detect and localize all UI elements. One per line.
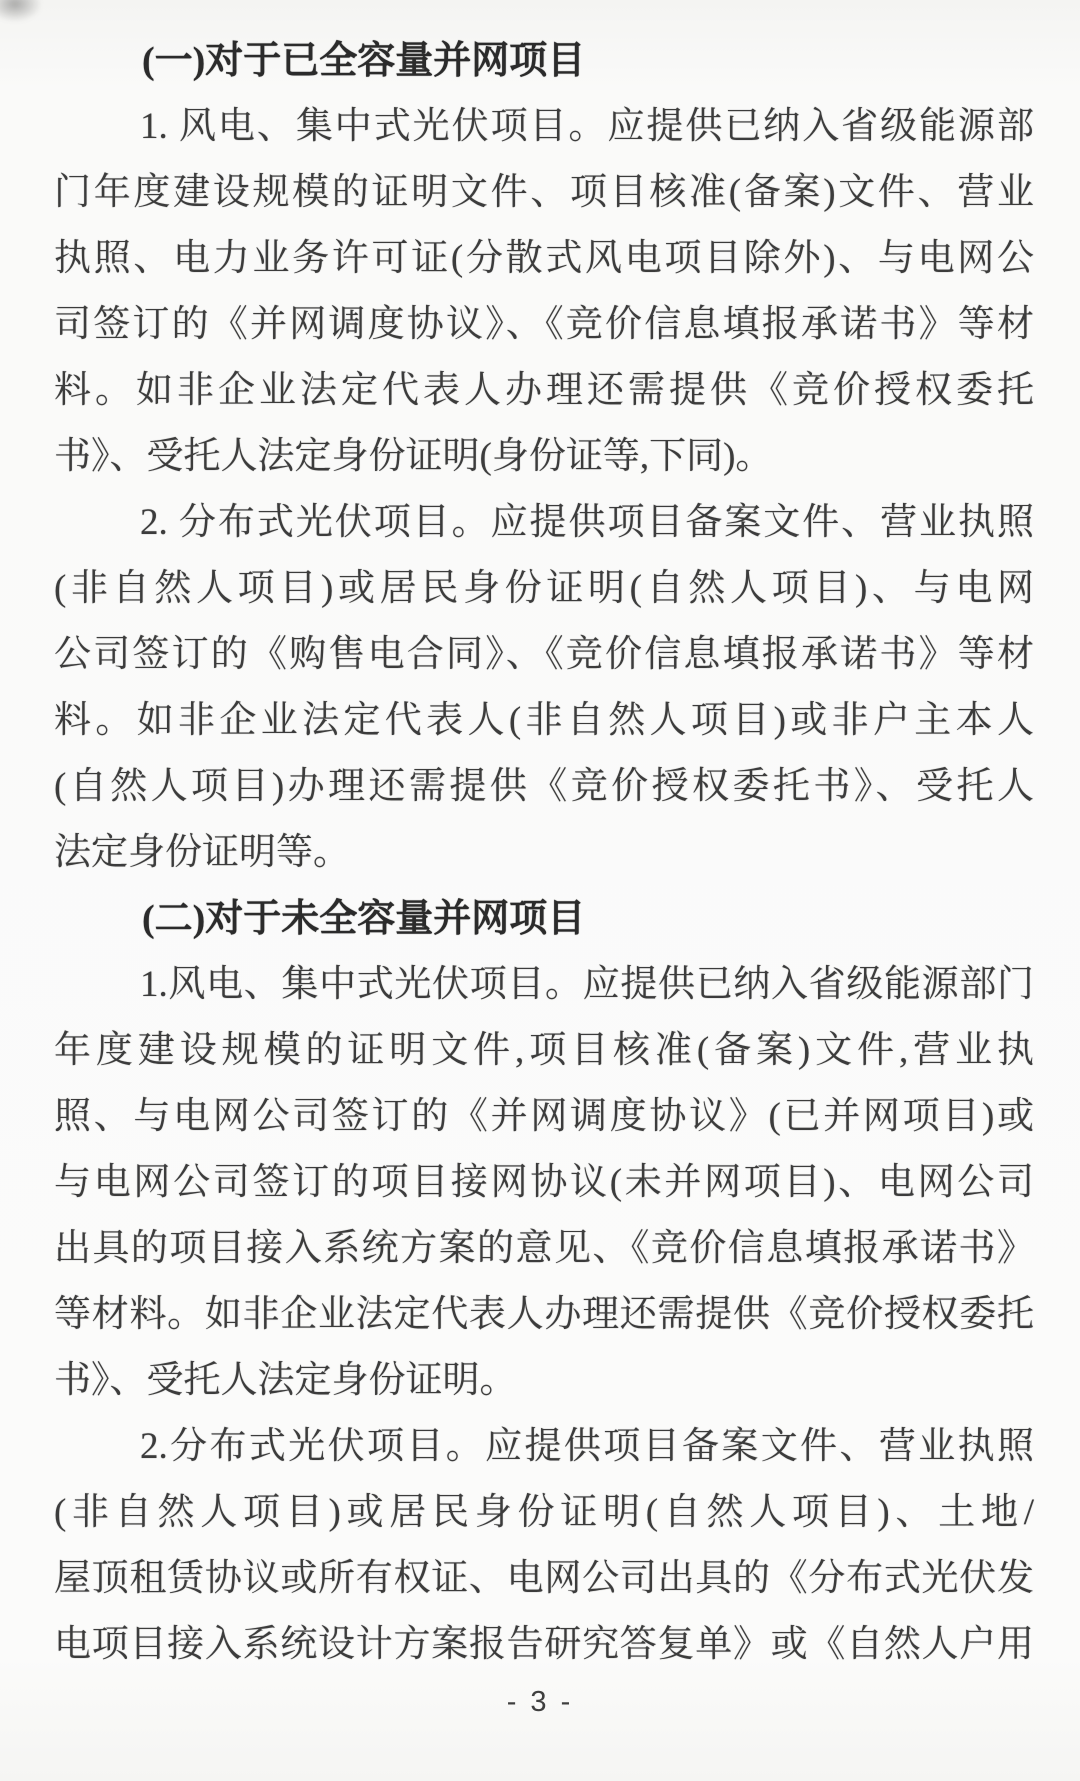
text-line: 2.分布式光伏项目。应提供项目备案文件、营业执照 xyxy=(54,1414,1034,1480)
text-line: 1.风电、集中式光伏项目。应提供已纳入省级能源部门 xyxy=(54,952,1034,1018)
text-line: 书》、受托人法定身份证明(身份证等,下同)。 xyxy=(54,424,1034,490)
text-line: 书》、受托人法定身份证明。 xyxy=(54,1348,1034,1414)
text-line: 1. 风电、集中式光伏项目。应提供已纳入省级能源部 xyxy=(54,94,1034,160)
text-line: 屋顶租赁协议或所有权证、电网公司出具的《分布式光伏发 xyxy=(54,1546,1034,1612)
text-line: 执照、电力业务许可证(分散式风电项目除外)、与电网公 xyxy=(54,226,1034,292)
text-line: 2. 分布式光伏项目。应提供项目备案文件、营业执照 xyxy=(54,490,1034,556)
text-line: 照、与电网公司签订的《并网调度协议》(已并网项目)或 xyxy=(54,1084,1034,1150)
text-line: 等材料。如非企业法定代表人办理还需提供《竞价授权委托 xyxy=(54,1282,1034,1348)
text-line: 电项目接入系统设计方案报告研究答复单》或《自然人户用 xyxy=(54,1612,1034,1678)
text-line: 与电网公司签订的项目接网协议(未并网项目)、电网公司 xyxy=(54,1150,1034,1216)
text-line: 出具的项目接入系统方案的意见、《竞价信息填报承诺书》 xyxy=(54,1216,1034,1282)
text-line: (非自然人项目)或居民身份证明(自然人项目)、土地/ xyxy=(54,1480,1034,1546)
document-page: (一)对于已全容量并网项目 1. 风电、集中式光伏项目。应提供已纳入省级能源部 … xyxy=(0,0,1080,1781)
scan-smudge xyxy=(0,0,42,22)
text-line: (非自然人项目)或居民身份证明(自然人项目)、与电网 xyxy=(54,556,1034,622)
text-line: 司签订的《并网调度协议》、《竞价信息填报承诺书》等材 xyxy=(54,292,1034,358)
section-heading-2: (二)对于未全容量并网项目 xyxy=(54,886,1034,952)
text-line: 法定身份证明等。 xyxy=(54,820,1034,886)
text-line: (自然人项目)办理还需提供《竞价授权委托书》、受托人 xyxy=(54,754,1034,820)
section-heading-1: (一)对于已全容量并网项目 xyxy=(54,28,1034,94)
text-line: 公司签订的《购售电合同》、《竞价信息填报承诺书》等材 xyxy=(54,622,1034,688)
text-line: 门年度建设规模的证明文件、项目核准(备案)文件、营业 xyxy=(54,160,1034,226)
document-body: (一)对于已全容量并网项目 1. 风电、集中式光伏项目。应提供已纳入省级能源部 … xyxy=(54,28,1034,1678)
page-number: - 3 - xyxy=(0,1686,1080,1719)
text-line: 料。如非企业法定代表人办理还需提供《竞价授权委托 xyxy=(54,358,1034,424)
text-line: 年度建设规模的证明文件,项目核准(备案)文件,营业执 xyxy=(54,1018,1034,1084)
text-line: 料。如非企业法定代表人(非自然人项目)或非户主本人 xyxy=(54,688,1034,754)
